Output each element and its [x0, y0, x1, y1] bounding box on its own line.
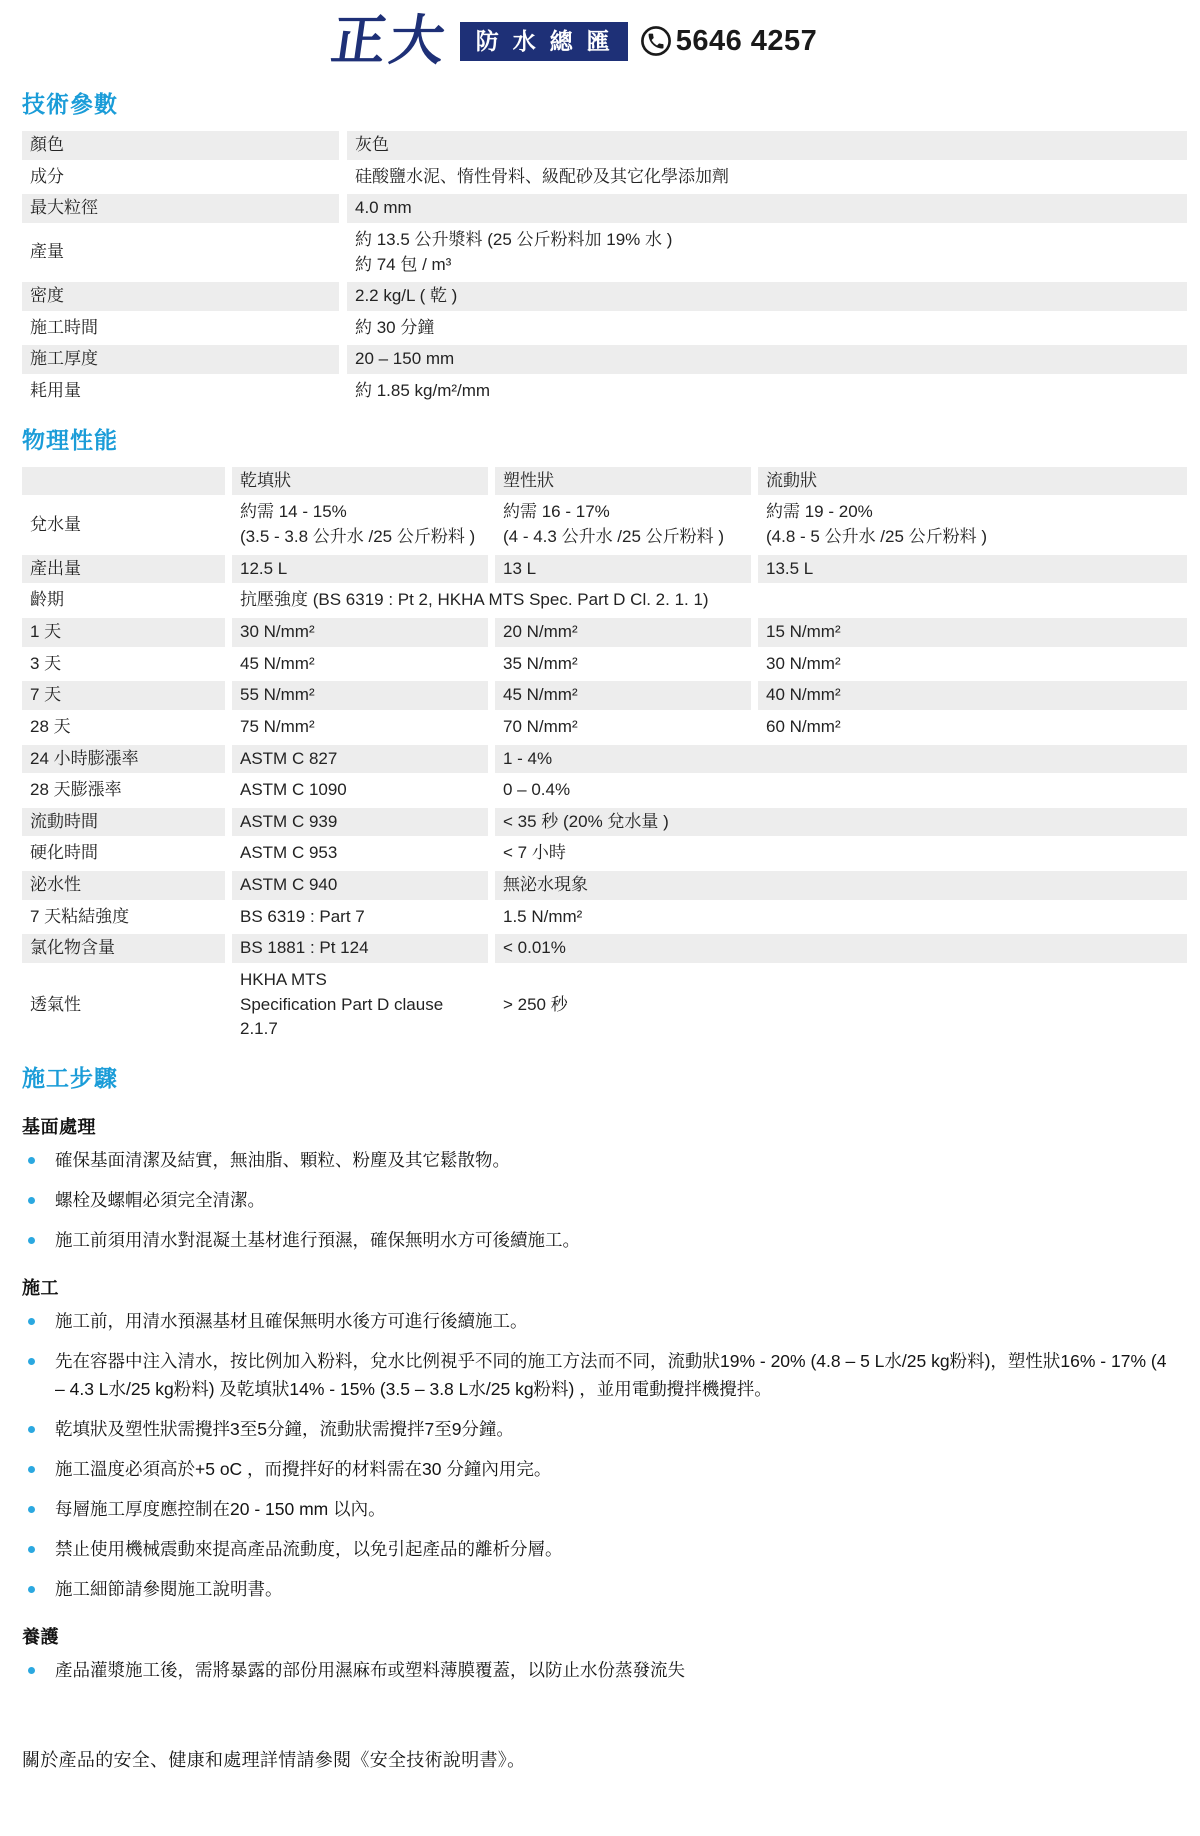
bullet-item: 乾填狀及塑性狀需攪拌3至5分鐘，流動狀需攪拌7至9分鐘。 — [22, 1416, 1187, 1443]
bullet-text: 施工細節請參閱施工說明書。 — [55, 1576, 283, 1603]
bullet-text: 禁止使用機械震動來提高產品流動度，以免引起產品的離析分層。 — [55, 1536, 563, 1563]
bullet-text: 施工溫度必須高於+5 oC ，而攪拌好的材料需在30 分鐘內用完。 — [55, 1456, 551, 1483]
bullet-dot-icon — [28, 1157, 35, 1164]
section-title-tech: 技術參數 — [22, 86, 1187, 119]
bullet-dot-icon — [28, 1358, 35, 1365]
phys-row-label: 28 天膨漲率 — [22, 776, 225, 805]
phys-value-cell: 約需 16 - 17% (4 - 4.3 公升水 /25 公斤粉料 ) — [495, 498, 751, 551]
bullet-item: 禁止使用機械震動來提高產品流動度，以免引起產品的離析分層。 — [22, 1536, 1187, 1563]
brand-badge: 防水總匯 — [460, 22, 628, 61]
bullet-item: 螺栓及螺帽必須完全清潔。 — [22, 1187, 1187, 1214]
phone-number: 5646 4257 — [676, 25, 818, 58]
bullet-text: 先在容器中注入清水，按比例加入粉料，兌水比例視乎不同的施工方法而不同，流動狀19… — [55, 1348, 1175, 1402]
phys-value-cell: 35 N/mm² — [495, 650, 751, 679]
phys-method-cell: ASTM C 953 — [232, 839, 488, 868]
bullet-dot-icon — [28, 1426, 35, 1433]
bullet-item: 施工溫度必須高於+5 oC ，而攪拌好的材料需在30 分鐘內用完。 — [22, 1456, 1187, 1483]
section-title-steps: 施工步驟 — [22, 1060, 1187, 1093]
phys-value-cell: 12.5 L — [232, 555, 488, 584]
steps-subheading: 養護 — [22, 1623, 1187, 1649]
bullet-text: 螺栓及螺帽必須完全清潔。 — [55, 1187, 265, 1214]
phys-value-cell: 15 N/mm² — [758, 618, 1187, 647]
steps-section: 基面處理確保基面清潔及結實，無油脂、顆粒、粉塵及其它鬆散物。螺栓及螺帽必須完全清… — [22, 1113, 1187, 1685]
tech-row-value: 約 1.85 kg/m²/mm — [347, 377, 1187, 406]
phys-method-cell: ASTM C 1090 — [232, 776, 488, 805]
phys-row-label: 24 小時膨漲率 — [22, 745, 225, 774]
phys-method-cell: HKHA MTS Specification Part D clause 2.1… — [232, 966, 488, 1044]
phys-row-label: 3 天 — [22, 650, 225, 679]
bullet-text: 施工前，用清水預濕基材且確保無明水後方可進行後續施工。 — [55, 1308, 528, 1335]
phys-value-cell: 13 L — [495, 555, 751, 584]
phys-result-cell: < 7 小時 — [495, 839, 1187, 868]
phys-column-header: 流動狀 — [758, 467, 1187, 496]
phys-row-label: 28 天 — [22, 713, 225, 742]
tech-row-label: 施工時間 — [22, 314, 339, 343]
phys-column-header: 乾填狀 — [232, 467, 488, 496]
bullet-item: 產品灌漿施工後，需將暴露的部份用濕麻布或塑料薄膜覆蓋，以防止水份蒸發流失 — [22, 1657, 1187, 1684]
phys-row-label: 泌水性 — [22, 871, 225, 900]
bullet-text: 確保基面清潔及結實，無油脂、顆粒、粉塵及其它鬆散物。 — [55, 1147, 510, 1174]
steps-subheading: 基面處理 — [22, 1113, 1187, 1139]
bullet-item: 確保基面清潔及結實，無油脂、顆粒、粉塵及其它鬆散物。 — [22, 1147, 1187, 1174]
phys-row-label: 流動時間 — [22, 808, 225, 837]
bullet-dot-icon — [28, 1506, 35, 1513]
tech-row-value: 4.0 mm — [347, 194, 1187, 223]
phone-contact: 5646 4257 — [640, 25, 818, 58]
phys-value-cell: 55 N/mm² — [232, 681, 488, 710]
phys-value-cell: 45 N/mm² — [232, 650, 488, 679]
phys-row-label: 齡期 — [22, 586, 225, 615]
phys-value-cell: 約需 19 - 20% (4.8 - 5 公升水 /25 公斤粉料 ) — [758, 498, 1187, 551]
phys-row-label: 產出量 — [22, 555, 225, 584]
phys-result-cell: < 35 秒 (20% 兌水量 ) — [495, 808, 1187, 837]
tech-table: 顏色灰色成分硅酸鹽水泥、惰性骨料、級配砂及其它化學添加劑最大粒徑4.0 mm產量… — [22, 131, 1187, 406]
phys-value-cell: 60 N/mm² — [758, 713, 1187, 742]
phys-method-cell: BS 6319 : Part 7 — [232, 903, 488, 932]
bullet-text: 乾填狀及塑性狀需攪拌3至5分鐘，流動狀需攪拌7至9分鐘。 — [55, 1416, 514, 1443]
phys-result-cell: 1 - 4% — [495, 745, 1187, 774]
phys-value-cell: 75 N/mm² — [232, 713, 488, 742]
bullet-dot-icon — [28, 1197, 35, 1204]
phys-value-cell: 30 N/mm² — [232, 618, 488, 647]
phys-method-cell: ASTM C 939 — [232, 808, 488, 837]
phys-row-label: 兌水量 — [22, 498, 225, 551]
phone-circle-icon — [640, 25, 672, 57]
bullet-dot-icon — [28, 1586, 35, 1593]
phys-method-cell: ASTM C 827 — [232, 745, 488, 774]
tech-row-label: 最大粒徑 — [22, 194, 339, 223]
phys-span-value: 抗壓強度 (BS 6319 : Pt 2, HKHA MTS Spec. Par… — [232, 586, 1187, 615]
datasheet-page: 正大 防水總匯 5646 4257 技術參數 顏色灰色成分硅酸鹽水泥、惰性骨料、… — [0, 0, 1200, 1772]
phys-value-cell: 13.5 L — [758, 555, 1187, 584]
phys-result-cell: < 0.01% — [495, 934, 1187, 963]
phys-value-cell: 70 N/mm² — [495, 713, 751, 742]
phys-result-cell: 無泌水現象 — [495, 871, 1187, 900]
bullet-item: 施工前，用清水預濕基材且確保無明水後方可進行後續施工。 — [22, 1308, 1187, 1335]
tech-row-label: 顏色 — [22, 131, 339, 160]
section-title-physical: 物理性能 — [22, 422, 1187, 455]
bullet-item: 每層施工厚度應控制在20 - 150 mm 以內。 — [22, 1496, 1187, 1523]
bullet-dot-icon — [28, 1546, 35, 1553]
phys-result-cell: 0 – 0.4% — [495, 776, 1187, 805]
phys-result-cell: 1.5 N/mm² — [495, 903, 1187, 932]
phys-column-header: 塑性狀 — [495, 467, 751, 496]
tech-row-label: 施工厚度 — [22, 345, 339, 374]
phys-row-label: 7 天 — [22, 681, 225, 710]
phys-row-label: 1 天 — [22, 618, 225, 647]
phys-result-cell: > 250 秒 — [495, 966, 1187, 1044]
bullet-dot-icon — [28, 1237, 35, 1244]
bullet-dot-icon — [28, 1318, 35, 1325]
tech-row-value: 硅酸鹽水泥、惰性骨料、級配砂及其它化學添加劑 — [347, 163, 1187, 192]
tech-row-label: 產量 — [22, 226, 339, 279]
bullet-text: 產品灌漿施工後，需將暴露的部份用濕麻布或塑料薄膜覆蓋，以防止水份蒸發流失 — [55, 1657, 685, 1684]
phys-value-cell: 40 N/mm² — [758, 681, 1187, 710]
bullet-item: 先在容器中注入清水，按比例加入粉料，兌水比例視乎不同的施工方法而不同，流動狀19… — [22, 1348, 1187, 1402]
tech-row-label: 耗用量 — [22, 377, 339, 406]
steps-subheading: 施工 — [22, 1274, 1187, 1300]
bullet-item: 施工前須用清水對混凝土基材進行預濕，確保無明水方可後續施工。 — [22, 1227, 1187, 1254]
tech-row-label: 密度 — [22, 282, 339, 311]
tech-row-value: 約 13.5 公升漿料 (25 公斤粉料加 19% 水 ) 約 74 包 / m… — [347, 226, 1187, 279]
phys-row-label: 硬化時間 — [22, 839, 225, 868]
phys-method-cell: BS 1881 : Pt 124 — [232, 934, 488, 963]
bullet-text: 施工前須用清水對混凝土基材進行預濕，確保無明水方可後續施工。 — [55, 1227, 580, 1254]
phys-row-label: 透氣性 — [22, 966, 225, 1044]
phys-value-cell: 20 N/mm² — [495, 618, 751, 647]
tech-row-value: 約 30 分鐘 — [347, 314, 1187, 343]
safety-note: 關於產品的安全、健康和處理詳情請參閱《安全技術說明書》。 — [22, 1746, 1187, 1772]
tech-row-label: 成分 — [22, 163, 339, 192]
phys-value-cell: 約需 14 - 15% (3.5 - 3.8 公升水 /25 公斤粉料 ) — [232, 498, 488, 551]
phys-method-cell: ASTM C 940 — [232, 871, 488, 900]
phys-row-label: 氯化物含量 — [22, 934, 225, 963]
bullet-dot-icon — [28, 1466, 35, 1473]
bullet-text: 每層施工厚度應控制在20 - 150 mm 以內。 — [55, 1496, 386, 1523]
bullet-dot-icon — [28, 1667, 35, 1674]
brand-logo: 正大 — [328, 14, 452, 68]
tech-row-value: 20 – 150 mm — [347, 345, 1187, 374]
physical-table: 乾填狀塑性狀流動狀兌水量約需 14 - 15% (3.5 - 3.8 公升水 /… — [22, 467, 1187, 1044]
bullet-item: 施工細節請參閱施工說明書。 — [22, 1576, 1187, 1603]
tech-row-value: 2.2 kg/L ( 乾 ) — [347, 282, 1187, 311]
phys-header-label — [22, 467, 225, 496]
phys-row-label: 7 天粘結強度 — [22, 903, 225, 932]
phys-value-cell: 45 N/mm² — [495, 681, 751, 710]
phys-value-cell: 30 N/mm² — [758, 650, 1187, 679]
tech-row-value: 灰色 — [347, 131, 1187, 160]
brand-header: 正大 防水總匯 5646 4257 — [22, 10, 1127, 72]
